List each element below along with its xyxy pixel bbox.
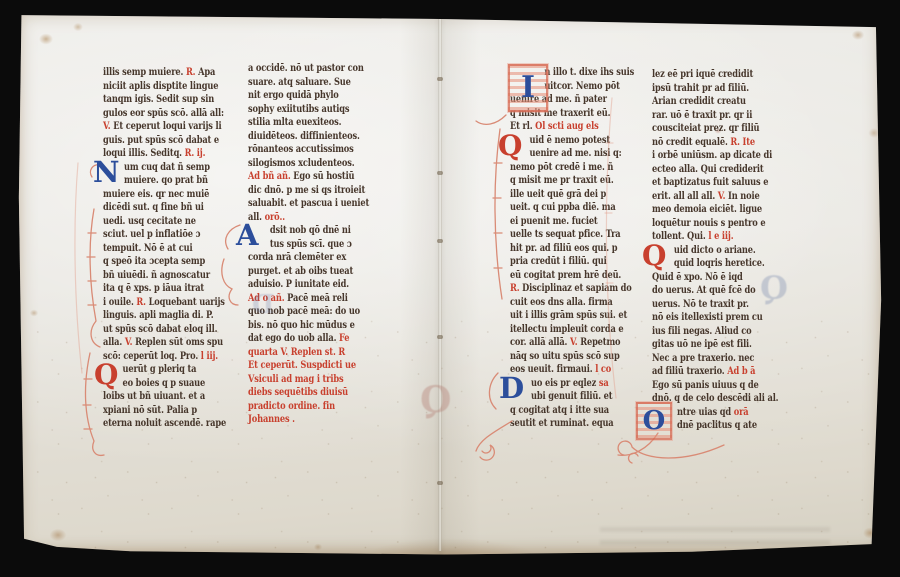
fold-stitch [437,481,443,485]
body-text: stilia mlta euexiteos. [248,116,341,128]
text-line: uid ē nemo potest [510,134,607,148]
body-text: erit. all all all. [652,190,718,202]
text-line: sciut. uel p inflatiōe ɔ [103,228,198,242]
body-text: linguis. apli maglia di. P. [103,309,213,321]
body-text: ntre uias qd [677,406,734,418]
text-line: nō eis itellexisti prem cu [652,311,749,325]
text-line: ecteo alla. Qui crediderit [652,163,749,177]
fold-stitch [437,171,443,175]
text-line: linguis. apli maglia di. P. [103,309,198,323]
body-text: ecteo alla. Qui crediderit [652,163,764,175]
body-text: eū cogitat prem hrē deū. [510,269,621,281]
text-line: Et ceperūt. Suspdicti ue [248,359,343,373]
body-text: nāq so uitu spūs scō sup [510,350,620,362]
body-text: muiere. qo prat bñ [124,174,208,186]
body-text: pria credūt i filiū. qui [510,255,607,267]
body-text: uit i illis grām spūs sui. et [510,309,627,321]
illuminated-initial: Q [642,242,666,270]
rubric-text: V. [125,336,133,348]
body-text: et baptizatus fuit saluus e [652,176,768,188]
body-text: muiere eis. qr nec muiē [103,188,209,200]
text-line: ubi genuit filiū. et [510,390,607,404]
text-line: i orbē uniūsm. ap dicate di [652,149,749,163]
body-text: Et ceperut loqui varijs li [111,120,222,132]
text-line: ad filiū traxerio. Ad b ā [652,365,749,379]
body-text: i ouile. [103,296,136,308]
rubric-text: R. [510,282,519,294]
text-line: eterna noluit ascendē. rape [103,417,198,431]
text-line: diebs sequētibs diuisū [248,386,343,400]
text-line: seutit et ruminat. equa [510,417,607,431]
body-text: illis semp muiere. [103,66,186,78]
rubric-text: V. [570,336,578,348]
penwork-flourish [489,373,498,409]
body-text: uedi. usq cecitate ne [103,215,196,227]
body-text: Apa [195,66,215,78]
body-text: eo boies q p suaue [123,377,206,389]
show-through-flourish [75,163,82,373]
body-text: uenire ad me. nisi q: [530,147,622,159]
text-line: Vsiculi ad mag i tribs [248,373,343,387]
body-text: quid loqris heretice. [674,257,765,269]
text-line: purget. et ab oibs tueat [248,265,343,279]
text-line: dsit nob qō dnē ni [248,224,343,238]
text-line: Arian credidit creatu [652,95,749,109]
text-line: ueit. q cui ppba diē. ma [510,201,607,215]
text-line: quo nob pacē meā: do uo [248,305,343,319]
text-line: eos ueuit. firmaui. l co [510,363,607,377]
rubric-text: Et ceperūt. Suspdicti ue [248,359,356,371]
body-text: dicēdi sut. q fine bñ ui [103,201,204,213]
body-text: bñ uiuēdi. ñ agnoscatur [103,269,210,281]
body-text: Nec a pre traxerio. nec [652,352,754,364]
body-text: nō eis itellexisti prem cu [652,311,763,323]
column-3: n illo t. dixe ihs suisuitcor. Nemo pōtu… [510,66,634,431]
body-text: gulos eor spūs scō. allā all: [103,107,224,119]
text-line: loquētur nouis s pentro e [652,217,749,231]
body-text: purget. et ab oibs tueat [248,265,353,277]
text-line: guis. put spūs scō dabat e [103,134,198,148]
body-text: In noie [725,190,759,202]
center-fold-crease [438,17,442,551]
body-text: dic dnō. p me si qs itroieit [248,184,365,196]
text-line: uid dicto o ariane. [652,244,749,258]
text-line: quarta V. Replen st. R [248,346,343,360]
body-text: lez eē pri iquē credidit [652,68,753,80]
text-line: saluabit. et pascua i ueniet [248,197,343,211]
illuminated-initial: N [93,158,120,187]
body-text: alla. [103,336,125,348]
body-text: rōnanteos accutissimos [248,143,354,155]
text-line: tempuit. Nō ē at cui [103,242,198,256]
text-line: hit pr. ad filiū eos qui. p [510,242,607,256]
text-line: xpiani nō sūt. Palia p [103,404,198,418]
text-line: uit i illis grām spūs sui. et [510,309,607,323]
body-text: dat ego do uob alla. [248,332,339,344]
body-text: Pacē meā reli [284,292,347,304]
text-line: V. Et ceperut loqui varijs li [103,120,198,134]
body-text: tanqm igis. Sedit sup sin [103,93,214,105]
rubric-text: orā [734,406,749,418]
text-line: cousciteiat prez. qr filiū [652,122,749,136]
rubric-text: Ol scti aug els [535,120,598,132]
body-text: uo eis pr eqlez [531,377,599,389]
body-text: Ego sū hostiū [291,170,355,182]
text-line: et baptizatus fuit saluus e [652,176,749,190]
penwork-swirl [618,441,724,458]
text-line: tus spūs scī. que ɔ [248,238,343,252]
illuminated-initial: O [636,402,672,440]
text-line: ipsū trahit pr ad filiū. [652,82,749,96]
text-line: rar. uō ē traxit pr. qr ii [652,109,749,123]
body-text: niciit aplis disptite lingue [103,80,218,92]
text-line: bñ uiuēdi. ñ agnoscatur [103,269,198,283]
body-text: cor. allā allā. [510,336,570,348]
rubric-text: diebs sequētibs diuisū [248,386,348,398]
body-text: uitcor. Nemo pōt [544,80,619,92]
body-text: uid dicto o ariane. [674,244,756,256]
text-line: meo demoia eiciēt. ligue [652,203,749,217]
penwork-curl [476,115,506,124]
body-text: uerūt g pleriq ta [123,363,197,375]
manuscript-leaf: illis semp muiere. R. Apaniciit aplis di… [18,13,882,555]
illuminated-initial: D [499,374,524,403]
column-1: illis semp muiere. R. Apaniciit aplis di… [103,66,225,431]
rubric-text: R. Ite [730,136,755,148]
text-line: cor. allā allā. V. Repetmo [510,336,607,350]
show-through-text-ghost [600,519,830,545]
body-text: loibs ut bñ uiuant. et a [103,390,205,402]
rubric-text: l e iij. [708,230,733,242]
body-text: quo nob pacē meā: do uo [248,305,360,317]
body-text: loquētur nouis s pentro e [652,217,765,229]
text-line: corda nrā clemēter ex [248,251,343,265]
text-line: dicēdi sut. q fine bñ ui [103,201,198,215]
text-line: pria credūt i filiū. qui [510,255,607,269]
body-text: guis. put spūs scō dabat e [103,134,219,146]
body-text: gitas uō ne ipē est fili. [652,338,752,350]
fold-stitch [437,239,443,243]
body-text: ut spūs scō dabat eloq ill. [103,323,217,335]
illuminated-initial: Q [94,361,118,389]
penwork-spiral [629,453,638,463]
body-text: a occidē. nō ut pastor con [248,62,364,74]
text-line: nō credit equalē. R. Ite [652,136,749,150]
body-text: rar. uō ē traxit pr. qr ii [652,109,752,121]
text-line: all. orō.. [248,211,343,225]
column-4: lez eē pri iquē crediditipsū trahit pr a… [652,68,776,433]
text-line: illis semp muiere. R. Apa [103,66,198,80]
body-text: ille ueit quē grā dei p [510,188,606,200]
fold-stitch [437,335,443,339]
rubric-text: l iij. [201,350,218,362]
body-text: saluabit. et pascua i ueniet [248,197,369,209]
illuminated-initial: Q [498,132,522,160]
rubric-text: Johannes . [248,413,295,425]
text-line: stilia mlta euexiteos. [248,116,343,130]
text-line: eū cogitat prem hrē deū. [510,269,607,283]
rubric-text: R. ij. [185,147,206,159]
rubric-text: Vsiculi ad mag i tribs [248,373,343,385]
text-line: nit ergo quidā phylo [248,89,343,103]
text-line: uedi. usq cecitate ne [103,215,198,229]
penwork-ladder-ticks [87,233,96,305]
illuminated-initial: I [508,64,548,112]
rubric-text: Ad o añ. [248,292,284,304]
body-text: meo demoia eiciēt. ligue [652,203,762,215]
body-text: Ego sū panis uiuus q de [652,379,759,391]
body-text: dsit nob qō dnē ni [270,224,351,236]
body-text: ubi genuit filiū. et [531,390,612,402]
body-text: bis. nō quo hic mūdus e [248,319,355,331]
body-text: ius fili negas. Aliud co [652,325,751,337]
text-line: q speō ita ɔcepta semp [103,255,198,269]
text-line: ille ueit quē grā dei p [510,188,607,202]
body-text: cuit eos dns alla. firma [510,296,613,308]
text-line: itellectu impleuit corda e [510,323,607,337]
body-text: nemo pōt credē i me. ñ [510,161,613,173]
body-text: sophy exiitutibs autiqs [248,103,349,115]
text-line: ei puenit me. fuciet [510,215,607,229]
text-line: Quid ē xpo. Nō ē iqd [652,271,749,285]
body-text: nit ergo quidā phylo [248,89,339,101]
penwork-ladder-ticks [83,379,92,429]
text-line: Ad bñ añ. Ego sū hostiū [248,170,343,184]
text-line: cuit eos dns alla. firma [510,296,607,310]
text-line: gitas uō ne ipē est fili. [652,338,749,352]
text-line: Ego sū panis uiuus q de [652,379,749,393]
text-line: niciit aplis disptite lingue [103,80,198,94]
penwork-ladder-ticks [493,163,502,268]
text-line: Johannes . [248,413,343,427]
body-text: corda nrā clemēter ex [248,251,346,263]
body-text: tempuit. Nō ē at cui [103,242,193,254]
text-line: uenire ad me. nisi q: [510,147,607,161]
text-line: tollent. Qui. l e iij. [652,230,749,244]
text-line: nemo pōt credē i me. ñ [510,161,607,175]
text-line: uerus. Nō te traxit pr. [652,298,749,312]
rubric-text: Ad bñ añ. [248,170,291,182]
rubric-text: sa [599,377,609,389]
rubric-text: pradicto ordine. fin [248,400,335,412]
text-line: q misit me pr traxit eū. [510,174,607,188]
fold-stitch [437,77,443,81]
text-line: do uerus. At quē fcē do [652,284,749,298]
body-text: suare. atq saluare. Sue [248,76,351,88]
text-line: Ad o añ. Pacē meā reli [248,292,343,306]
text-line: lez eē pri iquē credidit [652,68,749,82]
penwork-spiral [480,445,494,460]
rubric-text: R. [136,296,145,308]
body-text: n illo t. dixe ihs suis [544,66,634,78]
text-line: i ouile. R. Loquebant uarijs [103,296,198,310]
body-text: i orbē uniūsm. ap dicate di [652,149,772,161]
body-text: uid ē nemo potest [530,134,611,146]
body-text: dnē paclitus q ate [677,419,757,431]
body-text: ei puenit me. fuciet [510,215,598,227]
body-text: Quid ē xpo. Nō ē iqd [652,271,743,283]
body-text: nō credit equalē. [652,136,730,148]
text-line: tanqm igis. Sedit sup sin [103,93,198,107]
body-text: Disciplinaz et sapiam do [519,282,631,294]
text-line: aduisio. P iunitate eid. [248,278,343,292]
text-line: R. Disciplinaz et sapiam do [510,282,607,296]
penwork-bar [90,209,100,347]
body-text: um cuq dat ñ semp [124,161,210,173]
body-text: do uerus. At quē fcē do [652,284,756,296]
rubric-text: V. [103,120,111,132]
body-text: q misit me pr traxit eū. [510,174,614,186]
center-gutter-shading [400,13,480,555]
body-text: ad filiū traxerio. [652,365,727,377]
body-text: q speō ita ɔcepta semp [103,255,205,267]
text-line: Nec a pre traxerio. nec [652,352,749,366]
rubric-text: l co [595,363,611,375]
body-text: diuidēteos. diffinienteos. [248,130,360,142]
body-text: silogismos xcludenteos. [248,157,354,169]
text-line: uo eis pr eqlez sa [510,377,607,391]
text-line: bis. nō quo hic mūdus e [248,319,343,333]
body-text: aduisio. P iunitate eid. [248,278,349,290]
rubric-text: Fe [339,332,349,344]
body-text: seutit et ruminat. equa [510,417,614,429]
text-line: alla. V. Replen sūt oms spu [103,336,198,350]
illuminated-initial: A [236,221,259,250]
body-text: ipsū trahit pr ad filiū. [652,82,749,94]
text-line: suare. atq saluare. Sue [248,76,343,90]
body-text: xpiani nō sūt. Palia p [103,404,197,416]
body-text: ita q ē xps. p iāua itrat [103,282,204,294]
text-line: silogismos xcludenteos. [248,157,343,171]
body-text: Loquebant uarijs [146,296,225,308]
body-text: Arian credidit creatu [652,95,746,107]
text-line: ius fili negas. Aliud co [652,325,749,339]
photo-background: { "colors": { "background": "#0b0b0b", "… [0,0,900,577]
text-line: a occidē. nō ut pastor con [248,62,343,76]
text-line: muiere eis. qr nec muiē [103,188,198,202]
text-line: Et rl. Ol scti aug els [510,120,607,134]
body-text: cousciteiat prez. qr filiū [652,122,759,134]
body-text: tus spūs scī. que ɔ [270,238,352,250]
text-line: ita q ē xps. p iāua itrat [103,282,198,296]
body-text: q cogitat atq i itte sua [510,404,609,416]
text-line: rōnanteos accutissimos [248,143,343,157]
rubric-text: quarta V. Replen st. R [248,346,345,358]
text-line: q cogitat atq i itte sua [510,404,607,418]
text-line: dic dnō. p me si qs itroieit [248,184,343,198]
rubric-text: Ad b ā [727,365,755,377]
body-text: Repetmo [578,336,621,348]
text-line: diuidēteos. diffinienteos. [248,130,343,144]
rubric-text: R. [186,66,195,78]
body-text: Replen sūt oms spu [132,336,223,348]
penwork-swirl [476,421,512,451]
column-2: a occidē. nō ut pastor consuare. atq sal… [248,62,370,427]
body-text: eterna noluit ascendē. rape [103,417,226,429]
text-line: ut spūs scō dabat eloq ill. [103,323,198,337]
body-text: uelle ts sequat pfice. Tra [510,228,620,240]
text-line: pradicto ordine. fin [248,400,343,414]
text-line: uelle ts sequat pfice. Tra [510,228,607,242]
body-text: ueit. q cui ppba diē. ma [510,201,616,213]
text-line: gulos eor spūs scō. allā all: [103,107,198,121]
body-text: sciut. uel p inflatiōe ɔ [103,228,200,240]
body-text: uerus. Nō te traxit pr. [652,298,749,310]
text-line: loibs ut bñ uiuant. et a [103,390,198,404]
text-line: sophy exiitutibs autiqs [248,103,343,117]
text-line: erit. all all all. V. In noie [652,190,749,204]
body-text: itellectu impleuit corda e [510,323,623,335]
text-line: quid loqris heretice. [652,257,749,271]
rubric-text: orō.. [265,211,285,223]
text-line: nāq so uitu spūs scō sup [510,350,607,364]
rubric-text: V. [718,190,726,202]
body-text: hit pr. ad filiū eos qui. p [510,242,617,254]
text-line: dat ego do uob alla. Fe [248,332,343,346]
show-through-ghost-initial: Q [420,382,451,418]
